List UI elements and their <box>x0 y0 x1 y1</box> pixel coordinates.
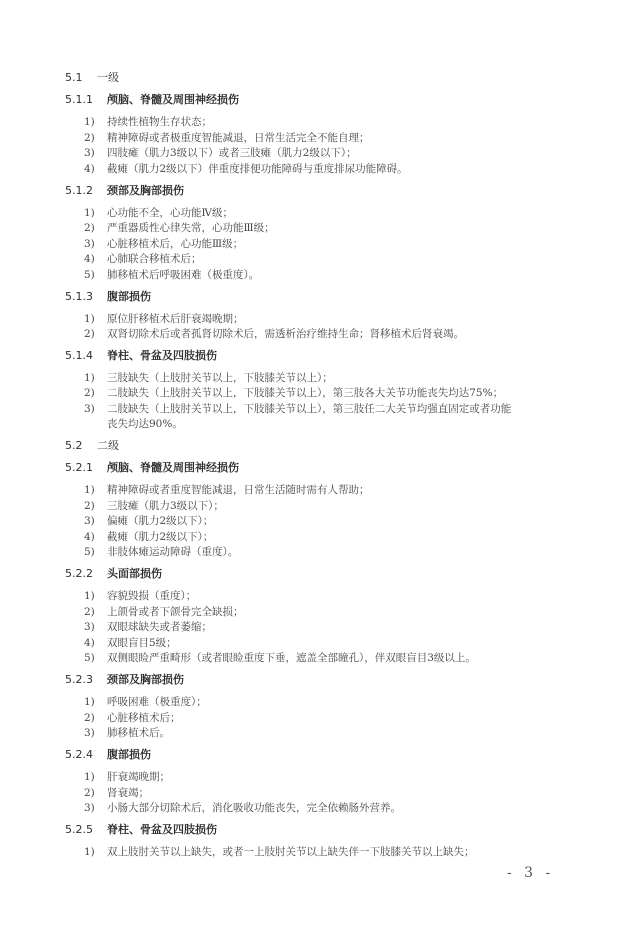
list-item: 5)肺移植术后呼吸困难（极重度）。 <box>84 267 259 283</box>
list-item: 4)心肺联合移植术后； <box>84 251 202 267</box>
subsection-heading: 5.2.1颅脑、脊髓及周围神经损伤 <box>65 460 239 476</box>
list-item: 2)心脏移植术后； <box>84 710 181 726</box>
list-item: 5)非肢体瘫运动障碍（重度）。 <box>84 544 238 560</box>
list-item: 3)肺移植术后。 <box>84 725 170 741</box>
subsection-heading: 5.1.2颈部及胸部损伤 <box>65 183 184 199</box>
list-item: 1)双上肢肘关节以上缺失，或者一上肢肘关节以上缺失伴一下肢膝关节以上缺失； <box>84 844 475 860</box>
list-item: 1)呼吸困难（极重度）； <box>84 694 207 710</box>
subsection-heading: 5.1.3腹部损伤 <box>65 289 151 305</box>
list-item: 1)容貌毁损（重度）； <box>84 588 196 604</box>
list-item-continuation: 丧失均达90%。 <box>107 416 183 432</box>
subsection-heading: 5.1.1颅脑、脊髓及周围神经损伤 <box>65 92 239 108</box>
list-item: 2)双肾切除术后或者孤肾切除术后，需透析治疗维持生命；肾移植术后肾衰竭。 <box>84 326 464 342</box>
subsection-heading: 5.2.2头面部损伤 <box>65 566 162 582</box>
list-item: 3)心脏移植术后，心功能Ⅲ级； <box>84 236 243 252</box>
list-item: 2)严重器质性心律失常，心功能Ⅲ级； <box>84 220 275 236</box>
list-item: 4)截瘫（肌力2级以下）； <box>84 529 213 545</box>
list-item: 3)偏瘫（肌力2级以下）； <box>84 513 213 529</box>
list-item: 2)三肢瘫（肌力3级以下）； <box>84 498 224 514</box>
list-item: 1)原位肝移植术后肝衰竭晚期； <box>84 311 244 327</box>
list-item: 3)小肠大部分切除术后，消化吸收功能丧失，完全依赖肠外营养。 <box>84 800 401 816</box>
list-item: 4)双眼盲目5级； <box>84 635 177 651</box>
list-item: 1)三肢缺失（上肢肘关节以上，下肢膝关节以上）； <box>84 370 333 386</box>
subsection-heading: 5.2.3颈部及胸部损伤 <box>65 672 184 688</box>
list-item: 2)上颌骨或者下颌骨完全缺损； <box>84 604 244 620</box>
subsection-heading: 5.1.4脊柱、骨盆及四肢损伤 <box>65 348 217 364</box>
page-number: - 3 - <box>507 865 554 881</box>
list-item: 3)双眼球缺失或者萎缩； <box>84 619 212 635</box>
list-item: 3)四肢瘫（肌力3级以下）或者三肢瘫（肌力2级以下）； <box>84 145 357 161</box>
list-item: 2)肾衰竭； <box>84 785 149 801</box>
list-item: 1)精神障碍或者重度智能减退，日常生活随时需有人帮助； <box>84 482 370 498</box>
list-item: 2)精神障碍或者极重度智能减退，日常生活完全不能自理； <box>84 130 370 146</box>
section-heading: 5.2二级 <box>65 438 119 454</box>
list-item: 2)二肢缺失（上肢肘关节以上，下肢膝关节以上），第三肢各大关节功能丧失均达75%… <box>84 385 503 401</box>
section-heading: 5.1一级 <box>65 70 119 86</box>
list-item: 1)肝衰竭晚期； <box>84 769 170 785</box>
list-item: 3)二肢缺失（上肢肘关节以上，下肢膝关节以上），第三肢任二大关节均强直固定或者功… <box>84 401 511 417</box>
subsection-heading: 5.2.4腹部损伤 <box>65 747 151 763</box>
list-item: 1)心功能不全，心功能Ⅳ级； <box>84 205 233 221</box>
list-item: 5)双侧眼睑严重畸形（或者眼睑重度下垂，遮盖全部瞳孔），伴双眼盲目3级以上。 <box>84 650 476 666</box>
list-item: 4)截瘫（肌力2级以下）伴重度排便功能障碍与重度排尿功能障碍。 <box>84 161 408 177</box>
subsection-heading: 5.2.5脊柱、骨盆及四肢损伤 <box>65 822 217 838</box>
list-item: 1)持续性植物生存状态； <box>84 114 212 130</box>
